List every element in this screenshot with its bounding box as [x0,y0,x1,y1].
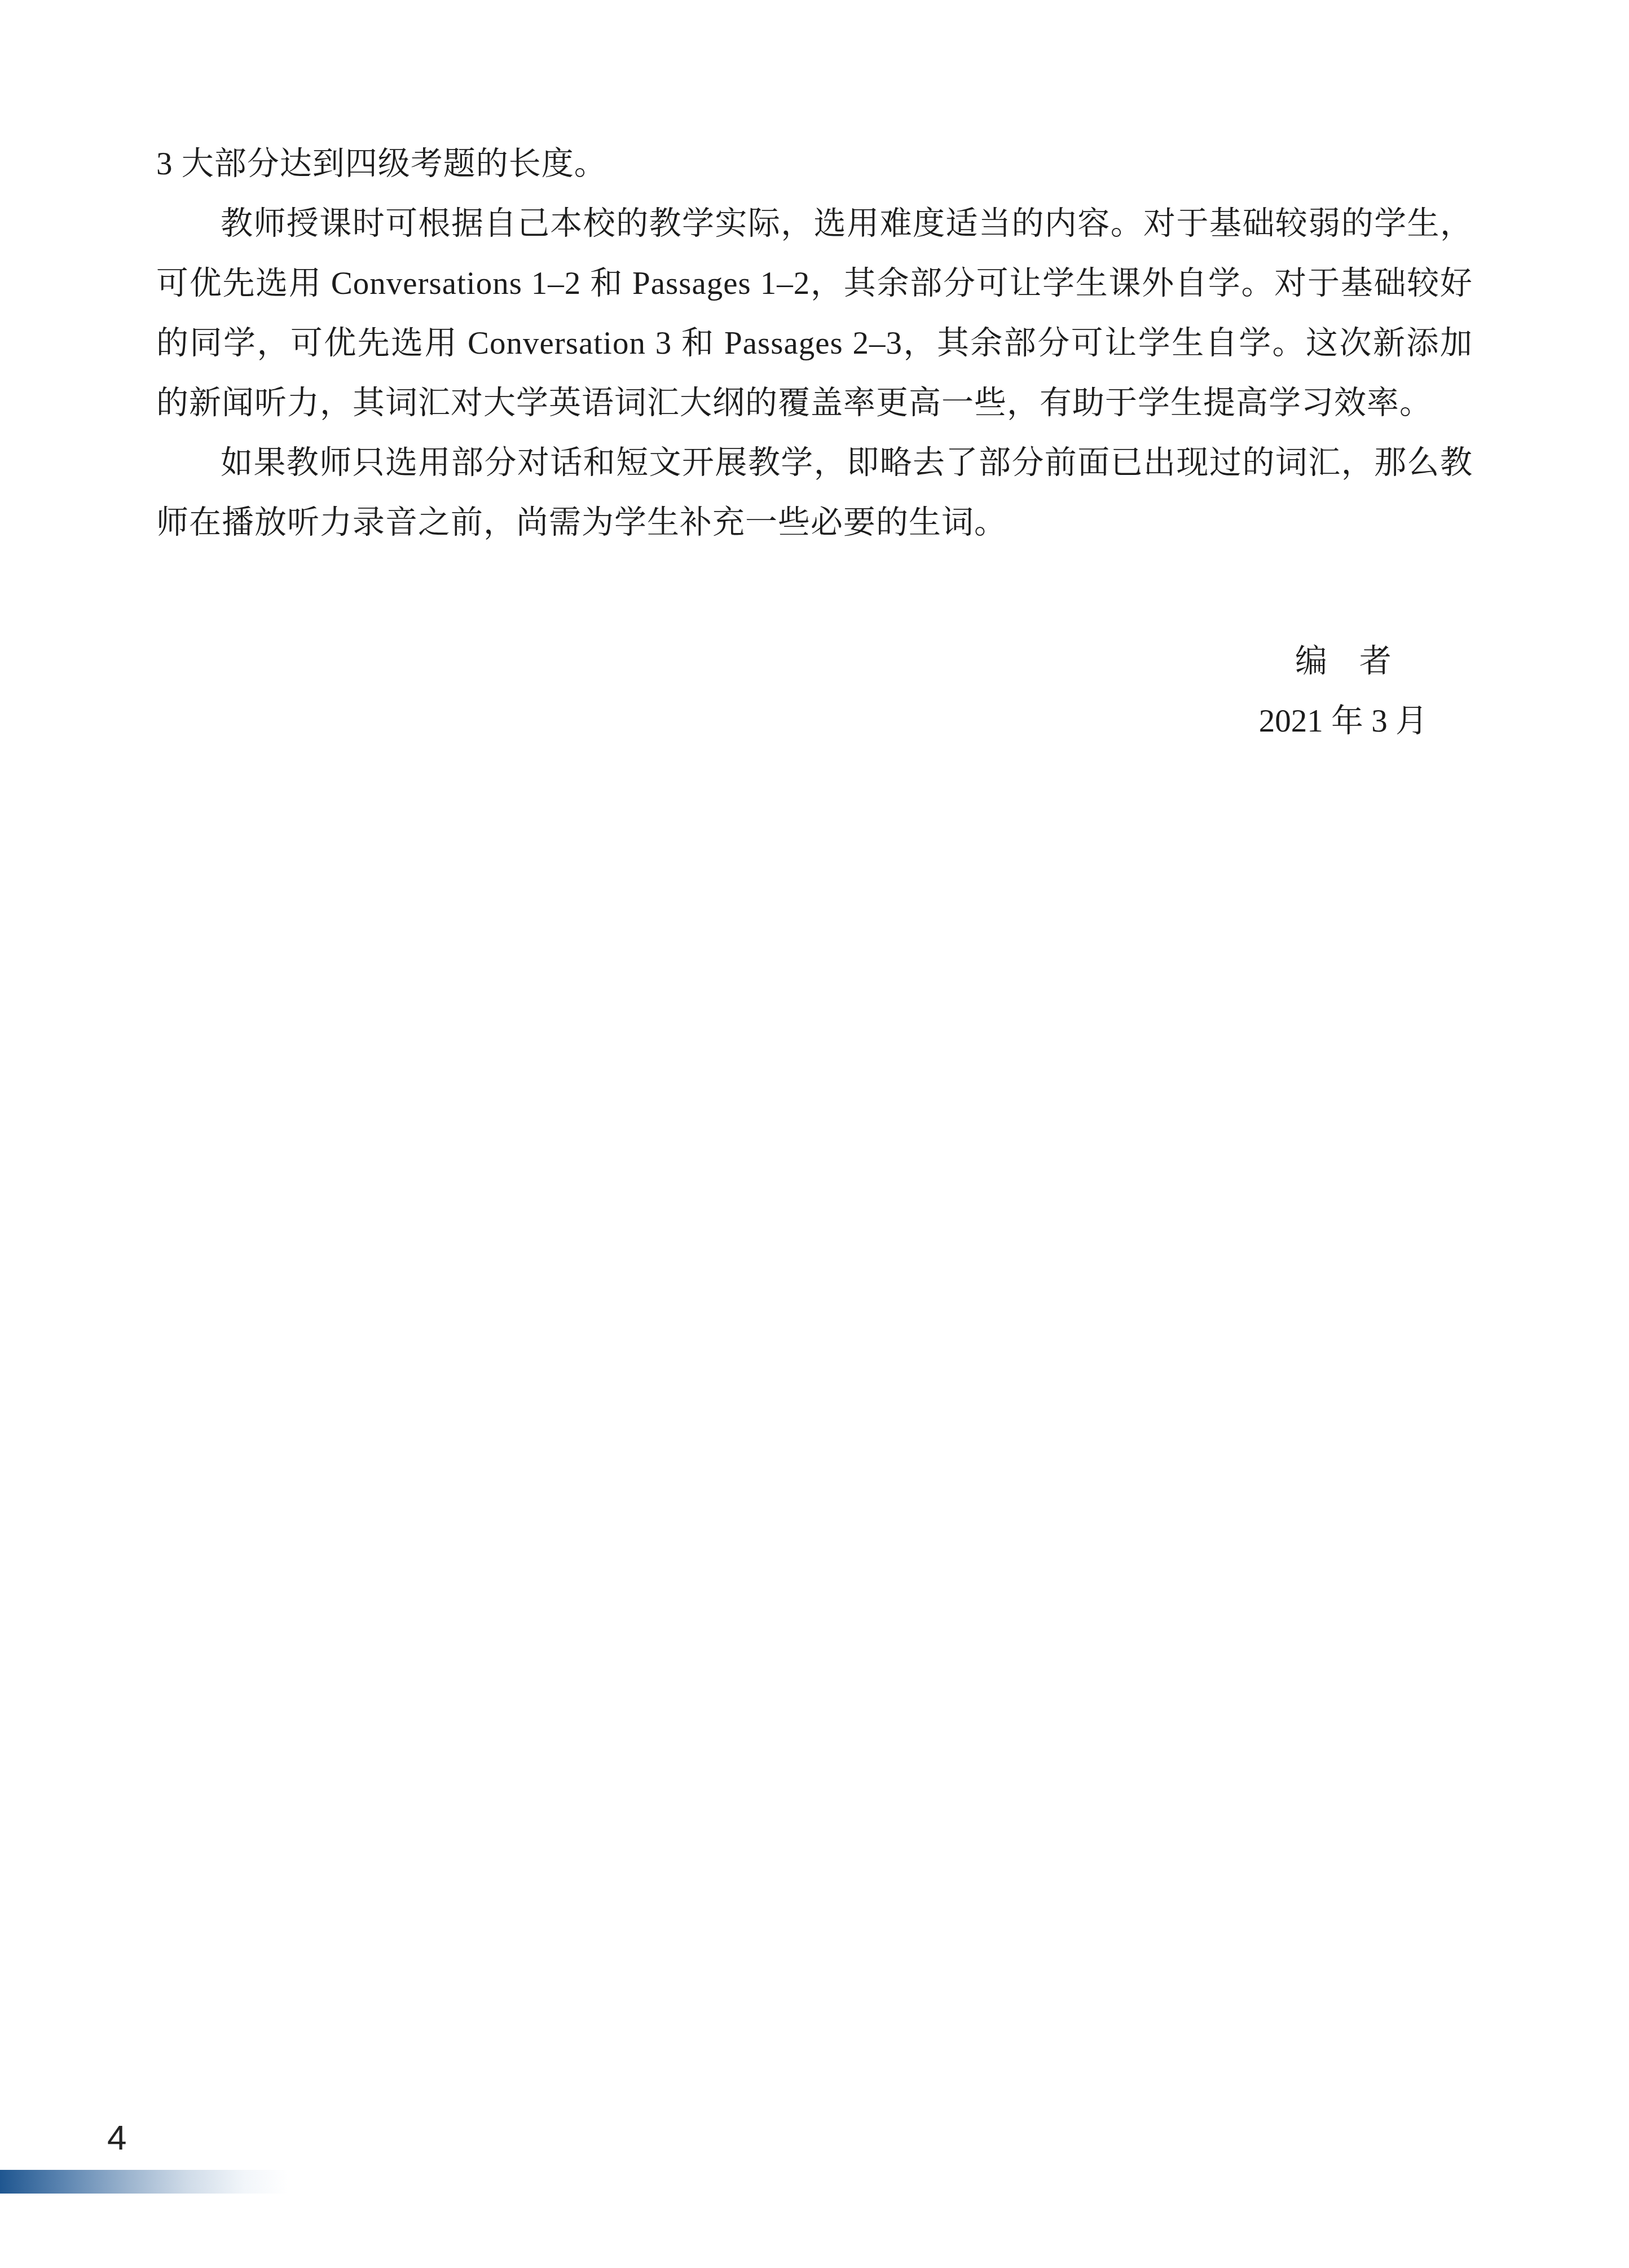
signature-block: 编 者 2021 年 3 月 [1259,632,1428,751]
page-number: 4 [107,2121,126,2156]
document-page: 3 大部分达到四级考题的长度。 教师授课时可根据自己本校的教学实际，选用难度适当… [0,0,1629,2268]
signature-author: 编 者 [1259,632,1428,692]
paragraph-continuation: 3 大部分达到四级考题的长度。 [156,134,1473,194]
body-text: 3 大部分达到四级考题的长度。 教师授课时可根据自己本校的教学实际，选用难度适当… [156,134,1473,751]
paragraph-vocabulary-note: 如果教师只选用部分对话和短文开展教学，即略去了部分前面已出现过的词汇，那么教师在… [156,433,1473,553]
footer-gradient-bar [0,2170,288,2194]
signature-date: 2021 年 3 月 [1259,692,1428,751]
paragraph-teaching-advice: 教师授课时可根据自己本校的教学实际，选用难度适当的内容。对于基础较弱的学生，可优… [156,194,1473,433]
